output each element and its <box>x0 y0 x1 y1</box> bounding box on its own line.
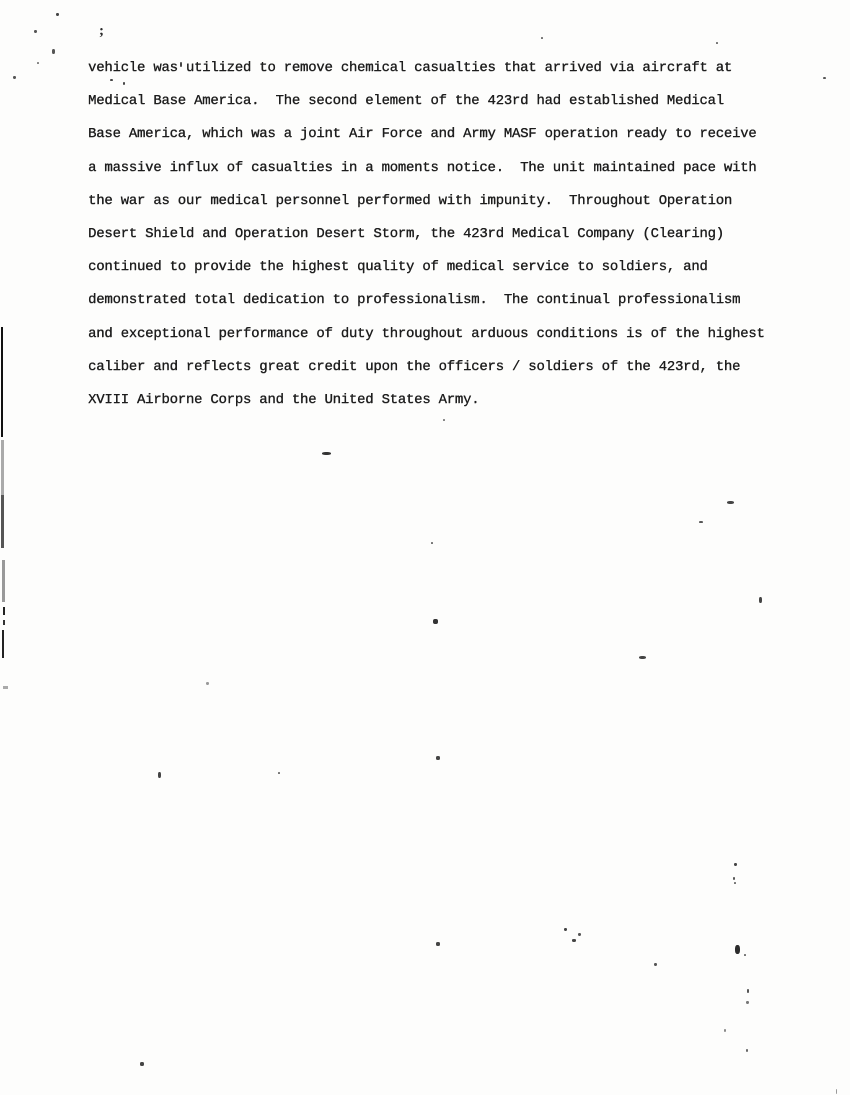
scan-edge-line <box>1 327 3 437</box>
scan-speck <box>746 1049 748 1052</box>
scan-speck <box>578 933 581 936</box>
scan-speck <box>572 939 576 942</box>
scan-speck <box>746 1001 749 1004</box>
scan-speck <box>37 62 39 64</box>
typewritten-paragraph: vehicle was utilized to remove chemical … <box>88 52 808 417</box>
scan-speck <box>431 542 433 544</box>
scan-speck <box>436 942 440 946</box>
scan-speck <box>34 30 37 33</box>
scan-speck <box>436 756 440 760</box>
text-line: XVIII Airborne Corps and the United Stat… <box>88 384 808 417</box>
scan-speck <box>52 49 55 54</box>
scan-edge-line <box>3 620 5 625</box>
scan-speck <box>823 77 826 79</box>
text-line: caliber and reflects great credit upon t… <box>88 351 808 384</box>
text-line: demonstrated total dedication to profess… <box>88 284 808 317</box>
text-line: and exceptional performance of duty thro… <box>88 318 808 351</box>
scan-speck <box>206 682 209 685</box>
scan-speck <box>744 954 746 956</box>
text-line: Base America, which was a joint Air Forc… <box>88 118 808 151</box>
scan-speck <box>322 452 331 455</box>
document-page: ; vehicle was utilized to remove chemica… <box>0 0 850 1095</box>
scan-edge-line <box>1 440 4 495</box>
text-line: a massive influx of casualties in a mome… <box>88 152 808 185</box>
scan-speck <box>564 928 567 931</box>
text-line: vehicle was utilized to remove chemical … <box>88 52 808 85</box>
scan-speck <box>639 656 646 659</box>
scan-speck <box>734 863 737 866</box>
scan-speck <box>836 1089 837 1094</box>
scan-edge-line <box>2 560 5 602</box>
text-line: Medical Base America. The second element… <box>88 85 808 118</box>
scan-speck <box>140 1062 144 1066</box>
scan-speck <box>56 13 59 16</box>
scan-speck <box>699 521 703 523</box>
scan-speck <box>13 76 16 79</box>
text-line: the war as our medical personnel perform… <box>88 185 808 218</box>
stray-semicolon-mark: ; <box>99 23 104 40</box>
scan-speck <box>716 42 718 44</box>
scan-speck <box>733 877 735 880</box>
scan-speck <box>734 882 736 884</box>
scan-speck <box>759 597 762 603</box>
scan-edge-line <box>3 686 8 689</box>
scan-speck <box>433 619 438 624</box>
scan-speck <box>443 419 445 421</box>
scan-speck <box>724 1029 726 1032</box>
text-line: continued to provide the highest quality… <box>88 251 808 284</box>
scan-speck <box>747 989 749 993</box>
scan-edge-line <box>1 495 4 548</box>
scan-speck <box>541 37 543 39</box>
scan-speck <box>727 501 734 504</box>
scan-edge-line <box>2 630 4 658</box>
scan-edge-line <box>3 607 5 615</box>
scan-speck <box>735 945 740 954</box>
scan-speck <box>654 963 657 966</box>
scan-speck <box>278 772 280 774</box>
text-line: Desert Shield and Operation Desert Storm… <box>88 218 808 251</box>
scan-speck <box>158 772 161 778</box>
